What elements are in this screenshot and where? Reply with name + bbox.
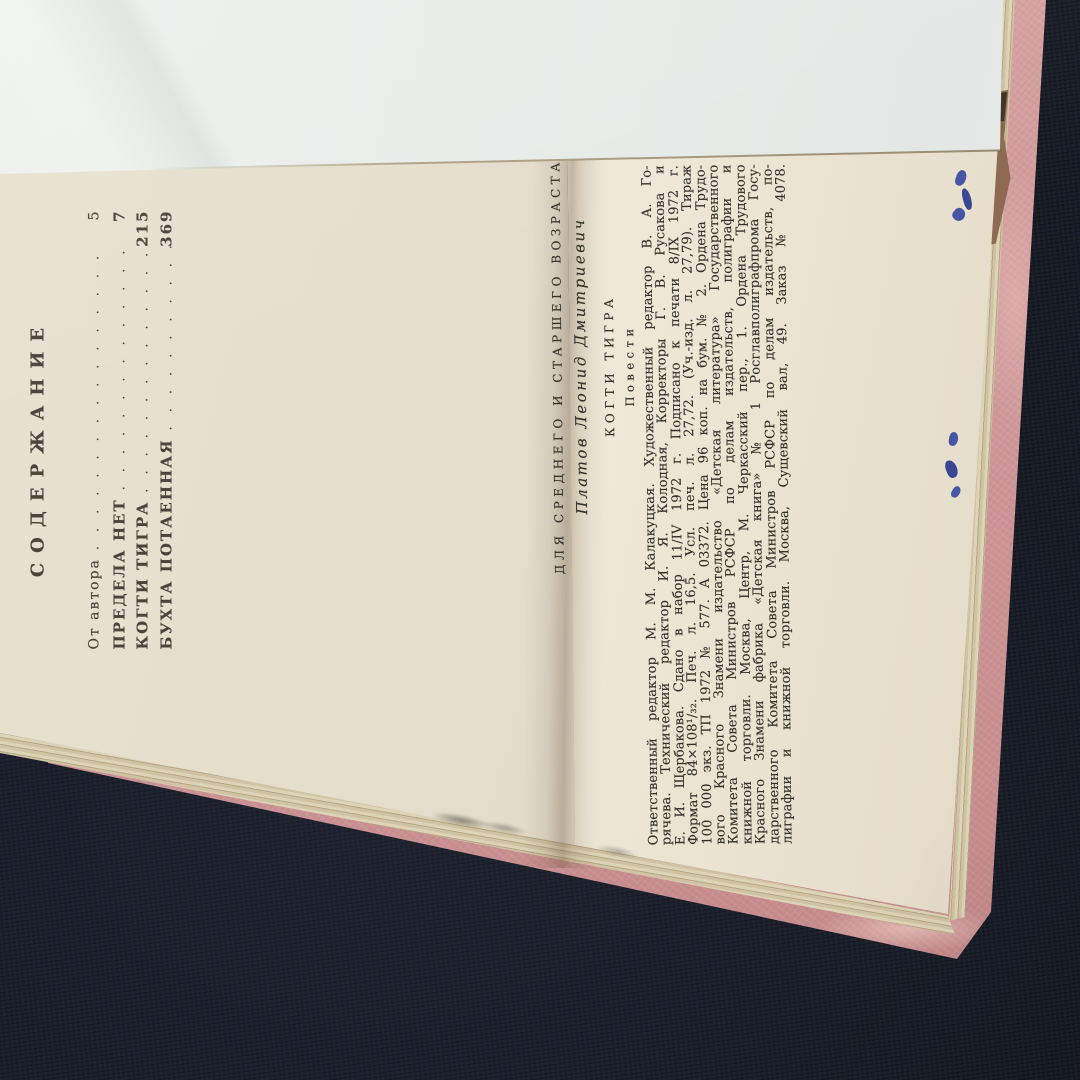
toc-entry-label: От автора: [87, 558, 103, 649]
colophon-header-group: ДЛЯ СРЕДНЕГО И СТАРШЕГО ВОЗРАСТА Платов …: [547, 25, 640, 706]
toc-page-number: 7: [110, 210, 128, 244]
toc-entry: От автора ..............................…: [87, 210, 111, 650]
toc-dot-leader: ..............................: [88, 244, 103, 559]
author-line: Платов Леонид Дмитриевич: [568, 26, 593, 706]
toc-heading: СОДЕРЖАНИЕ: [28, 228, 49, 668]
imprint-block: Ответственный редактор М. М. Калакуцкая.…: [640, 164, 795, 846]
toc-entry: БУХТА ПОТАЕННАЯ ........................…: [157, 210, 181, 650]
toc-dot-leader: ..............................: [113, 244, 128, 499]
toc-entry: ПРЕДЕЛА НЕТ ............................…: [110, 210, 134, 650]
toc-entry-label: ПРЕДЕЛА НЕТ: [110, 498, 128, 649]
toc-page-number: 5: [87, 210, 103, 244]
toc-entries: От автора ..............................…: [87, 210, 181, 650]
photo-scene: СОДЕРЖАНИЕ От автора ...................…: [0, 0, 1080, 1080]
toc-page-number: 369: [157, 210, 175, 247]
colophon-page-text: ДЛЯ СРЕДНЕГО И СТАРШЕГО ВОЗРАСТА Платов …: [548, 164, 805, 847]
toc-entry-label: КОГТИ ТИГРА: [134, 501, 152, 650]
book-title: КОГТИ ТИГРА: [599, 26, 620, 706]
toc-entry: КОГТИ ТИГРА ............................…: [134, 210, 158, 650]
toc-dot-leader: ..............................: [137, 247, 152, 501]
table-of-contents: СОДЕРЖАНИЕ От автора ...................…: [28, 210, 183, 650]
toc-entry-label: БУХТА ПОТАЕННАЯ: [157, 438, 175, 649]
toc-dot-leader: ..............................: [160, 247, 175, 439]
toc-page-number: 215: [134, 210, 152, 247]
